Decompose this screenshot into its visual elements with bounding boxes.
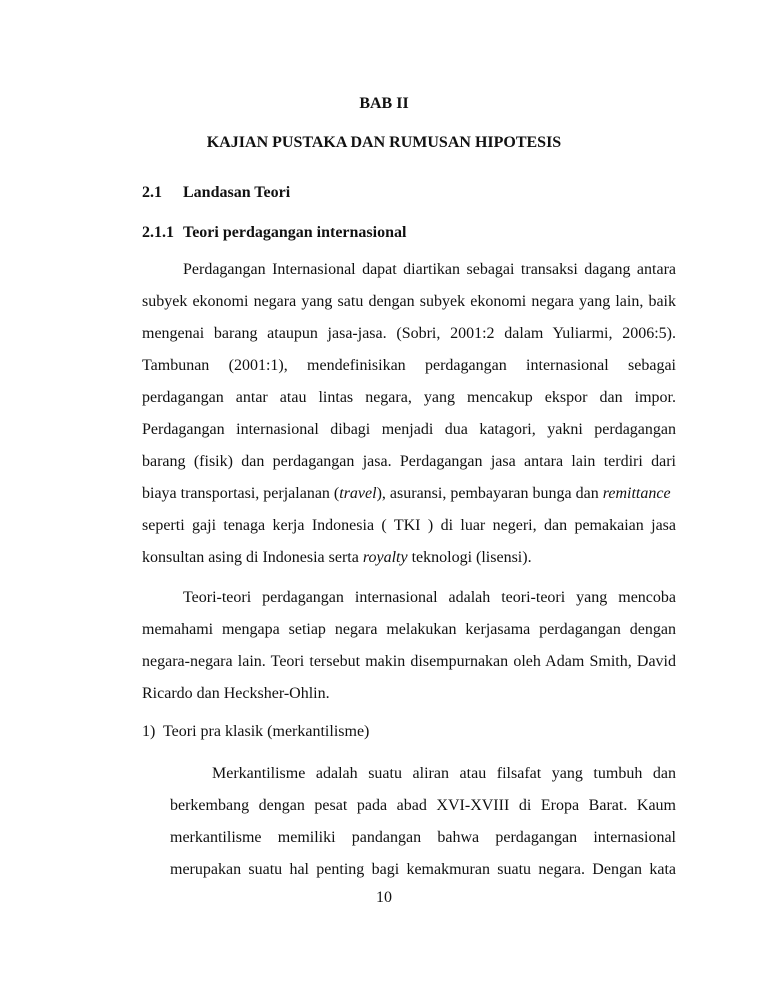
text-line: merupakan suatu hal penting bagi kemakmu… (170, 860, 676, 880)
chapter-label: BAB II (0, 94, 768, 114)
text-line: merkantilisme memiliki pandangan bahwa p… (170, 828, 676, 848)
text-line: negara-negara lain. Teori tersebut makin… (142, 652, 676, 672)
document-page: BAB II KAJIAN PUSTAKA DAN RUMUSAN HIPOTE… (0, 0, 768, 994)
section-number: 2.1.1 (142, 223, 174, 243)
chapter-title: KAJIAN PUSTAKA DAN RUMUSAN HIPOTESIS (0, 133, 768, 153)
italic-term: royalty (363, 549, 408, 566)
text-line: mengenai barang ataupun jasa-jasa. (Sobr… (142, 324, 676, 344)
list-marker: 1) (142, 722, 155, 742)
section-title: Teori perdagangan internasional (183, 223, 406, 243)
text-line: biaya transportasi, perjalanan (travel),… (142, 484, 676, 504)
text-line: konsultan asing di Indonesia serta royal… (142, 548, 676, 568)
text-line: Merkantilisme adalah suatu aliran atau f… (212, 764, 676, 784)
list-item-title: Teori pra klasik (merkantilisme) (163, 722, 369, 742)
text-line: Perdagangan internasional dibagi menjadi… (142, 420, 676, 440)
text-line: berkembang dengan pesat pada abad XVI-XV… (170, 796, 676, 816)
text-run: teknologi (lisensi). (408, 549, 532, 566)
text-line: Perdagangan Internasional dapat diartika… (183, 260, 676, 280)
text-line: barang (fisik) dan perdagangan jasa. Per… (142, 452, 676, 472)
section-title: Landasan Teori (183, 183, 290, 203)
text-line: memahami mengapa setiap negara melakukan… (142, 620, 676, 640)
section-number: 2.1 (142, 183, 162, 203)
text-line: Teori-teori perdagangan internasional ad… (183, 588, 676, 608)
italic-term: remittance (603, 485, 671, 502)
text-line: perdagangan antar atau lintas negara, ya… (142, 388, 676, 408)
text-line: Ricardo dan Hecksher-Ohlin. (142, 684, 676, 704)
text-run: biaya transportasi, perjalanan ( (142, 485, 339, 502)
text-line: Tambunan (2001:1), mendefinisikan perdag… (142, 356, 676, 376)
italic-term: travel (339, 485, 376, 502)
text-line: subyek ekonomi negara yang satu dengan s… (142, 292, 676, 312)
text-line: seperti gaji tenaga kerja Indonesia ( TK… (142, 516, 676, 536)
text-run: konsultan asing di Indonesia serta (142, 549, 363, 566)
page-number: 10 (0, 888, 768, 908)
text-run: ), asuransi, pembayaran bunga dan (377, 485, 603, 502)
